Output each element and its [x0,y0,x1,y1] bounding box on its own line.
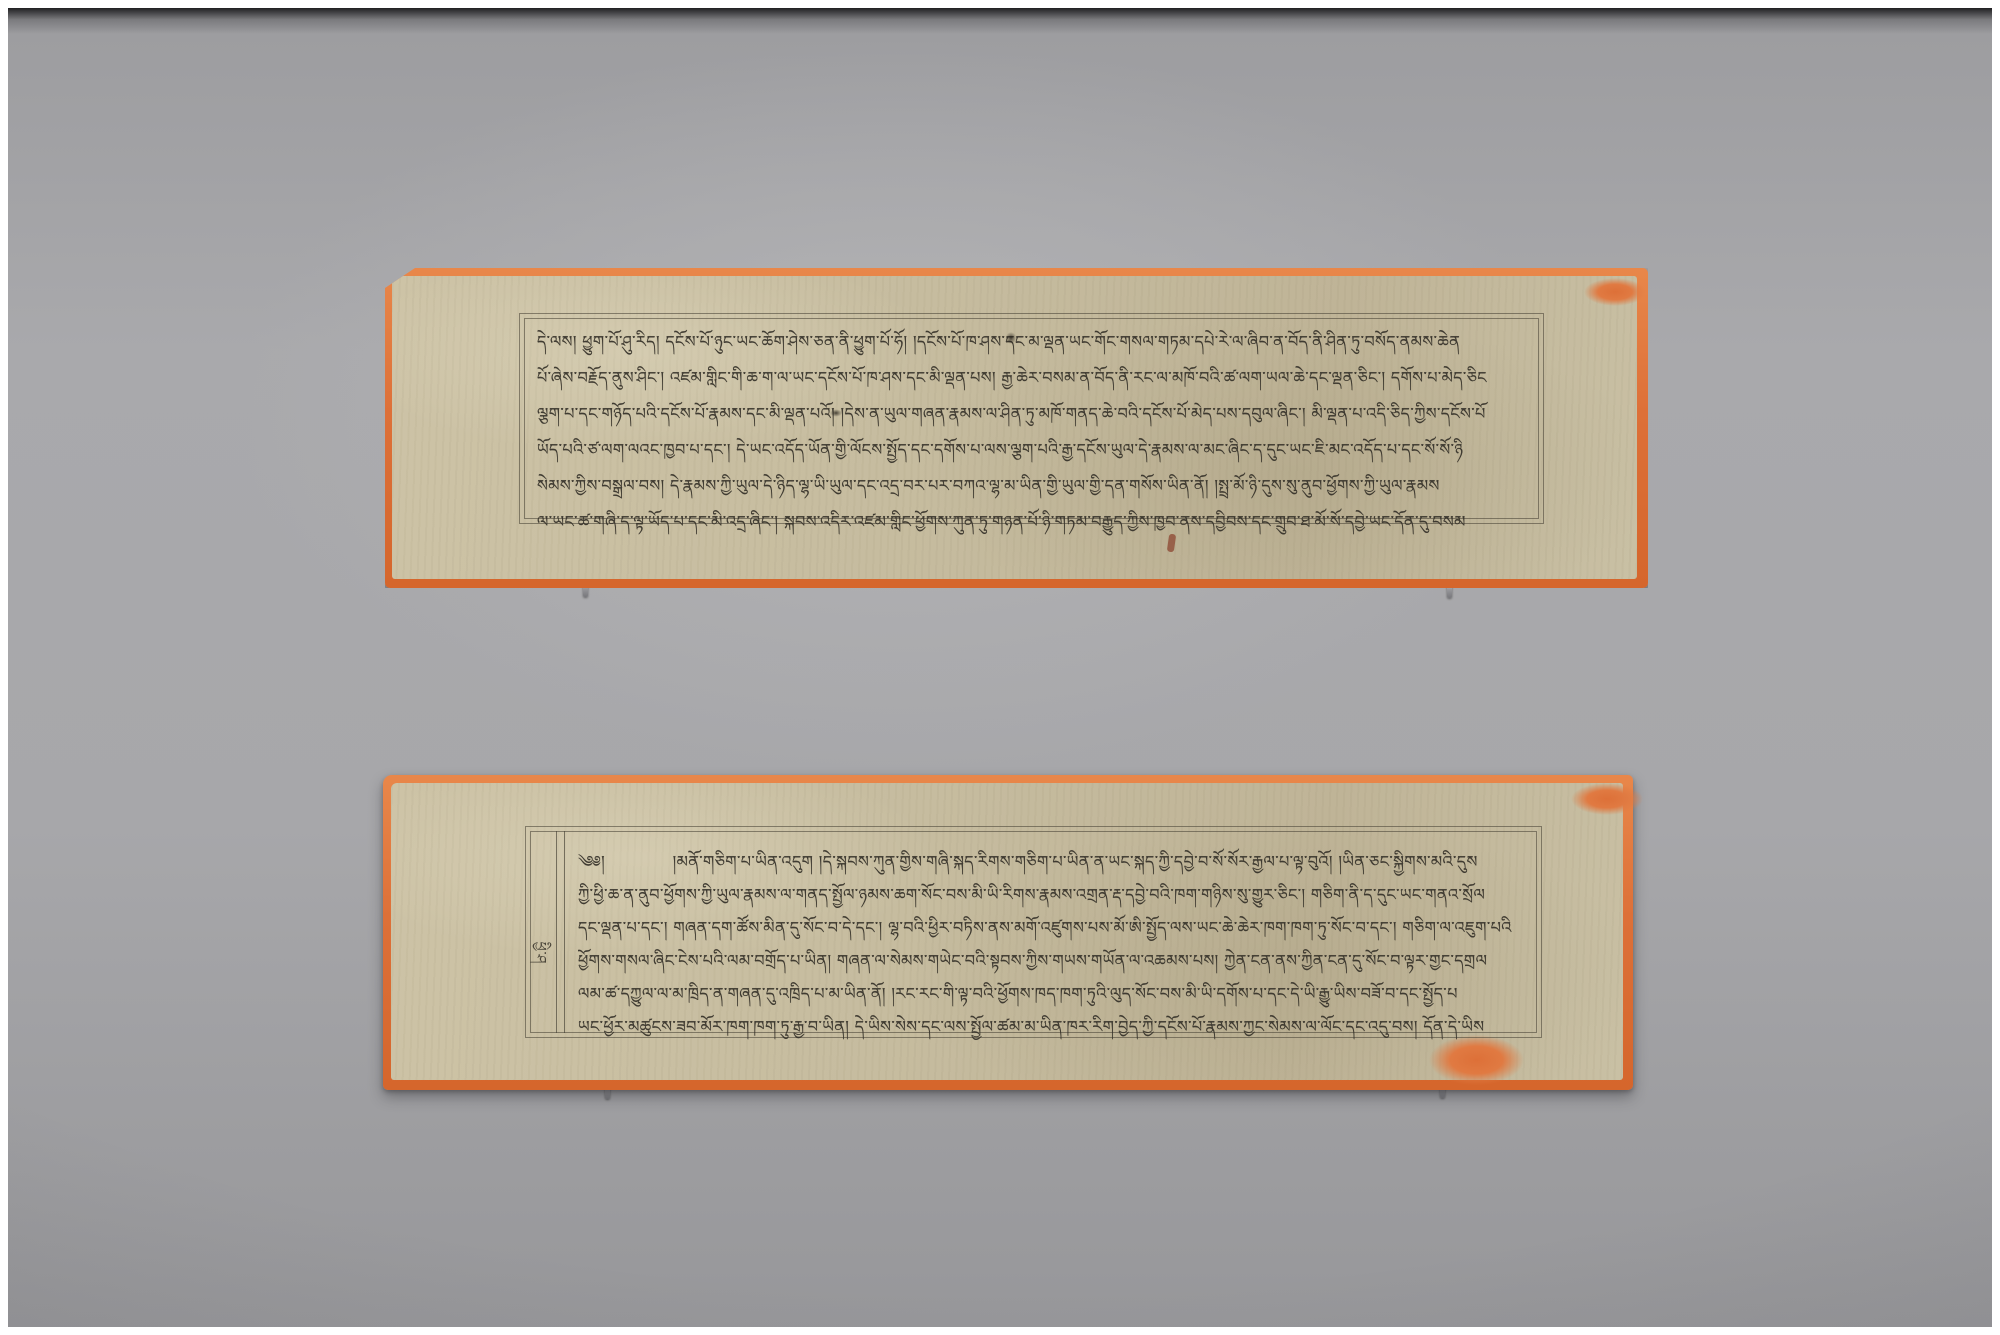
studio-gray-backdrop [8,8,1992,1327]
text-line: ཕྱོགས་གསལ་ཞིང་ངེས་པའི་ལམ་བགྲོད་པ་ཡིན། གཞ… [578,947,1528,976]
marginal-foliation: ཕྱི་ཤ [519,883,555,1023]
text-line: ལམ་ཚ་དཀྱུལ་ལ་མ་ཁྲིད་ན་གཞན་དུ་འཁྲིད་པ་མ་ཡ… [578,980,1528,1009]
orange-edge-stain [1584,278,1646,306]
text-line: པོ་ཞེས་བརྗོད་ནུས་ཤིང་། འཛམ་གླིང་གི་ཆ་ག་ལ… [537,364,1532,393]
margin-divider-rule [556,831,557,1033]
ink-smudge [828,408,844,418]
manuscript-folio-top: དེ་ལས། ཕྱུག་པོ་ཤུ་རིད། དངོས་པོ་ཉུང་ཡང་ཆོ… [385,268,1648,588]
red-pigment-mark [1167,534,1176,553]
photograph-of-tibetan-manuscript: དེ་ལས། ཕྱུག་པོ་ཤུ་རིད། དངོས་པོ་ཉུང་ཡང་ཆོ… [0,0,2000,1335]
text-line: ལྕག་པ་དང་གཉོད་པའི་དངོས་པོ་རྣམས་དང་མི་ལྡན… [537,400,1532,429]
ink-smudge [1004,330,1018,346]
marginalia-label: ཕྱི་ཤ [517,942,557,965]
text-line: ལ་ཡང་ཚ་གཞི་ད་ལྟ་ཡོད་པ་དང་མི་འདྲ་ཞིང་། སྐ… [537,508,1532,537]
manuscript-folio-bottom: ཕྱི་ཤ ༄༅། །མནོ་གཅིག་པ་ཡིན་འདུག །དེ་སྐབས་… [383,775,1633,1090]
text-line-with-head-mark: ༄༅། །མནོ་གཅིག་པ་ཡིན་འདུག །དེ་སྐབས་ཀུན་གྱ… [578,848,1528,877]
folio-paper: དེ་ལས། ཕྱུག་པོ་ཤུ་རིད། དངོས་པོ་ཉུང་ཡང་ཆོ… [392,276,1637,579]
text-line: སེམས་ཀྱིས་བསྒྲལ་བས། དེ་རྣམས་ཀྱི་ཡུལ་དེ་ཉ… [537,472,1532,501]
yig-mgo-head-mark: ༄༅། [578,848,605,875]
text-line: དེ་ལས། ཕྱུག་པོ་ཤུ་རིད། དངོས་པོ་ཉུང་ཡང་ཆོ… [537,328,1532,357]
folio-paper: ཕྱི་ཤ ༄༅། །མནོ་གཅིག་པ་ཡིན་འདུག །དེ་སྐབས་… [391,783,1623,1080]
text-line: །མནོ་གཅིག་པ་ཡིན་འདུག །དེ་སྐབས་ཀུན་གྱིས་ག… [673,848,1478,875]
orange-edge-stain [1571,783,1643,815]
margin-divider-rule [564,831,565,1033]
text-line: ཀྱི་ཕྱི་ཆ་ན་ནུབ་ཕྱོགས་ཀྱི་ཡུལ་རྣམས་ལ་གནད… [578,881,1528,910]
text-line: ཡང་ཕྱོར་མཚུངས་ཟབ་མོར་ཁག་ཁག་ཏུ་རྒྱ་བ་ཡིན།… [578,1013,1528,1042]
text-line: དང་ལྡན་པ་དང་། གཞན་དག་ཚོས་མིན་དུ་སོང་བ་དེ… [578,914,1528,943]
text-line: ཡོད་པའི་ཙ་ལག་ལའང་ཁྱབ་པ་དང་། དེ་ཡང་འདོད་ཡ… [537,436,1532,465]
orange-corner-stain [1429,1035,1524,1085]
